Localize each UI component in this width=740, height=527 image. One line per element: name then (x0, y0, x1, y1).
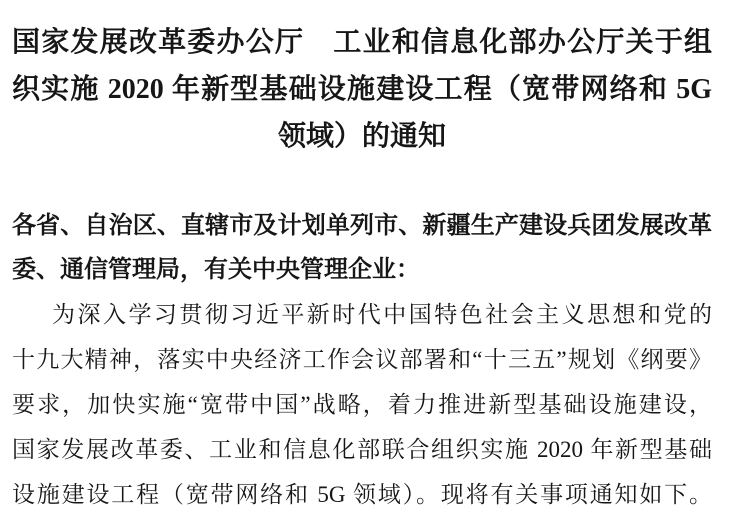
title-line-3: 领域）的通知 (12, 113, 712, 160)
addressee-block: 各省、自治区、直辖市及计划单列市、新疆生产建设兵团发展改革 委、通信管理局，有关… (12, 204, 712, 292)
body-line-4: 国家发展改革委、工业和信息化部联合组织实施 2020 年新型基础 (12, 427, 712, 472)
body-line-2: 十九大精神，落实中央经济工作会议部署和“十三五”规划《纲要》 (12, 337, 712, 382)
document-title: 国家发展改革委办公厅 工业和信息化部办公厅关于组 织实施 2020 年新型基础设… (12, 19, 712, 160)
body-line-5: 设施建设工程（宽带网络和 5G 领域）。现将有关事项通知如下。 (12, 472, 712, 517)
addressee-line-2: 委、通信管理局，有关中央管理企业： (12, 248, 712, 292)
title-line-2: 织实施 2020 年新型基础设施建设工程（宽带网络和 5G (12, 66, 712, 113)
addressee-line-1: 各省、自治区、直辖市及计划单列市、新疆生产建设兵团发展改革 (12, 204, 712, 248)
title-line-1: 国家发展改革委办公厅 工业和信息化部办公厅关于组 (12, 19, 712, 66)
notice-document-page: 国家发展改革委办公厅 工业和信息化部办公厅关于组 织实施 2020 年新型基础设… (0, 0, 740, 527)
body-paragraph: 为深入学习贯彻习近平新时代中国特色社会主义思想和党的 十九大精神，落实中央经济工… (12, 292, 712, 517)
body-line-1: 为深入学习贯彻习近平新时代中国特色社会主义思想和党的 (12, 292, 712, 337)
body-line-3: 要求，加快实施“宽带中国”战略，着力推进新型基础设施建设， (12, 382, 712, 427)
document-content: 国家发展改革委办公厅 工业和信息化部办公厅关于组 织实施 2020 年新型基础设… (0, 0, 740, 517)
